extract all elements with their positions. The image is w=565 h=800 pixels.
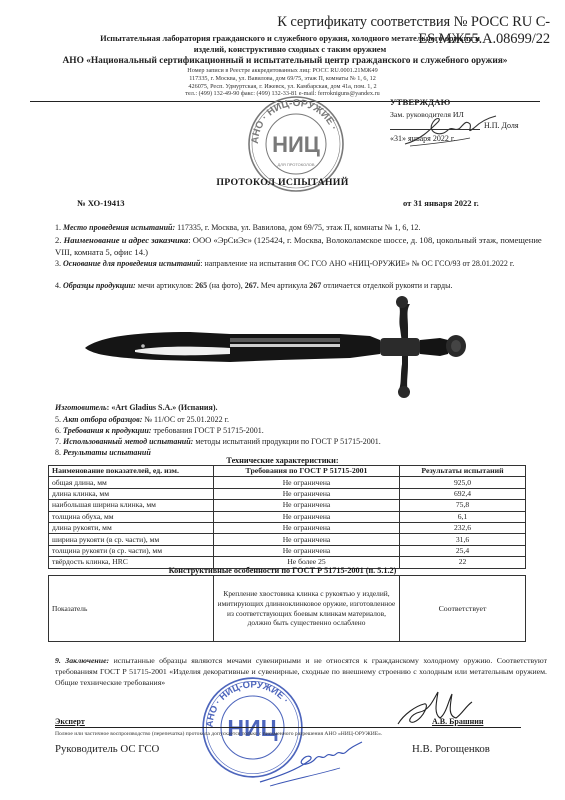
approver-name: Н.П. Доля xyxy=(484,121,519,130)
moscow-address: 117335, г. Москва, ул. Вавилова, дом 69/… xyxy=(100,75,465,83)
item-text: требования ГОСТ Р 51715-2001. xyxy=(151,426,263,435)
approval-position: Зам. руководителя ИЛ xyxy=(390,110,565,119)
table-row: толщина обуха, ммНе ограничена6,1 xyxy=(49,511,526,522)
column-header: Результаты испытаний xyxy=(400,466,526,477)
table-body: общая длина, ммНе ограничена925,0длина к… xyxy=(49,477,526,568)
item-label: Использованный метод испытаний: xyxy=(63,437,193,446)
head-title: Руководитель ОС ГСО xyxy=(55,743,159,755)
requirement-cell: Не ограничена xyxy=(214,477,400,488)
item-label: Изготовитель xyxy=(55,403,107,412)
protocol-number: № ХО-19413 xyxy=(77,198,125,208)
indicator-cell: толщина обуха, мм xyxy=(49,511,214,522)
registry-number: Номер записи в Реестре аккредитованных л… xyxy=(100,67,465,75)
result-cell: 6,1 xyxy=(400,511,526,522)
table-row: Показатель Крепление хвостовика клинка с… xyxy=(49,576,526,642)
tech-characteristics-table: Наименование показателей, ед. изм. Требо… xyxy=(48,465,526,569)
izhevsk-address: 426075, Респ. Удмуртская, г. Ижевск, ул.… xyxy=(100,83,465,91)
reproduction-notice: Полное или частичное воспроизводство (пе… xyxy=(55,731,545,737)
item-label: Место проведения испытаний: xyxy=(63,223,175,232)
result-cell: 31,6 xyxy=(400,534,526,545)
lab-name-line1: Испытательная лаборатория гражданского и… xyxy=(40,33,540,44)
item-label: Основание для проведения испытаний xyxy=(63,259,200,268)
table-row: толщина рукояти (в ср. части), ммНе огра… xyxy=(49,545,526,556)
signature-line xyxy=(390,129,480,130)
stamp-inner-text: ДЛЯ ПРОТОКОЛОВ xyxy=(277,162,314,167)
indicator-cell: наибольшая ширина клинка, мм xyxy=(49,500,214,511)
organization-name: АНО «Национальный сертификационный и исп… xyxy=(20,56,550,66)
table-row: длина клинка, ммНе ограничена692,4 xyxy=(49,488,526,499)
table-header-row: Наименование показателей, ед. изм. Требо… xyxy=(49,466,526,477)
lab-name: Испытательная лаборатория гражданского и… xyxy=(40,33,540,55)
requirement-cell: Не ограничена xyxy=(214,545,400,556)
item-test-method: 7. Использованный метод испытаний: метод… xyxy=(55,436,550,448)
result-cell: 25,4 xyxy=(400,545,526,556)
result-cell: 232,6 xyxy=(400,522,526,533)
result-cell: Соответствует xyxy=(400,576,526,642)
protocol-date: от 31 января 2022 г. xyxy=(403,198,479,208)
item-manufacturer: Изготовитель: «Art Gladius S.A.» (Испани… xyxy=(55,402,550,414)
indicator-cell: длина рукояти, мм xyxy=(49,522,214,533)
item-text: 117335, г. Москва, ул. Вавилова, дом 69/… xyxy=(175,223,420,232)
requirement-cell: Не ограничена xyxy=(214,534,400,545)
item-text: № 11/ОС от 25.01.2022 г. xyxy=(142,415,229,424)
protocol-title: ПРОТОКОЛ ИСПЫТАНИЙ xyxy=(0,177,565,188)
table-row: длина рукояти, ммНе ограничена232,6 xyxy=(49,522,526,533)
item-text: методы испытаний продукции по ГОСТ Р 517… xyxy=(193,437,380,446)
item-label: Наименование и адрес заказчика xyxy=(64,235,189,245)
expert-signature-line xyxy=(55,727,521,728)
item-label: Акт отбора образцов: xyxy=(63,415,142,424)
item-customer: 2. Наименование и адрес заказчика: ООО «… xyxy=(55,234,550,258)
result-cell: 75,8 xyxy=(400,500,526,511)
result-cell: 692,4 xyxy=(400,488,526,499)
item-requirements: 6. Требования к продукции: требования ГО… xyxy=(55,425,550,437)
item-test-location: 1. Место проведения испытаний: 117335, г… xyxy=(55,222,550,234)
indicator-cell: длина клинка, мм xyxy=(49,488,214,499)
design-table-caption: Конструктивные особенности по ГОСТ Р 517… xyxy=(0,566,565,575)
item-text: : «Art Gladius S.A.» (Испания). xyxy=(107,403,218,412)
expert-label: Эксперт xyxy=(55,717,85,726)
item-text: : направление на испытания ОС ГСО АНО «Н… xyxy=(200,259,514,268)
design-features-table: Показатель Крепление хвостовика клинка с… xyxy=(48,575,526,642)
item-label: Требования к продукции: xyxy=(63,426,151,435)
item-basis: 3. Основание для проведения испытаний: н… xyxy=(55,258,550,270)
requirement-cell: Не ограничена xyxy=(214,522,400,533)
indicator-cell: ширина рукояти (в ср. части), мм xyxy=(49,534,214,545)
column-header: Наименование показателей, ед. изм. xyxy=(49,466,214,477)
requirement-cell: Не ограничена xyxy=(214,511,400,522)
head-name: Н.В. Рогощенков xyxy=(412,743,490,755)
table-row: ширина рукояти (в ср. части), ммНе огран… xyxy=(49,534,526,545)
stamp-center-text: НИЦ xyxy=(272,132,320,157)
expert-name: А.В. Брашнин xyxy=(432,717,483,726)
requirement-cell: Крепление хвостовика клинка с рукоятью у… xyxy=(214,576,400,642)
approval-title: УТВЕРЖДАЮ xyxy=(390,97,565,107)
table-row: общая длина, ммНе ограничена925,0 xyxy=(49,477,526,488)
approval-block: УТВЕРЖДАЮ Зам. руководителя ИЛ Н.П. Доля… xyxy=(390,97,565,143)
indicator-cell: общая длина, мм xyxy=(49,477,214,488)
lab-name-line2: изделий, конструктивно сходных с таким о… xyxy=(40,44,540,55)
approval-date: «31» января 2022 г. xyxy=(390,134,565,143)
requirement-cell: Не ограничена xyxy=(214,488,400,499)
requirement-cell: Не ограничена xyxy=(214,500,400,511)
item-sampling-act: 5. Акт отбора образцов: № 11/ОС от 25.01… xyxy=(55,414,550,426)
indicator-cell: толщина рукояти (в ср. части), мм xyxy=(49,545,214,556)
sword-photo xyxy=(80,288,475,398)
conclusion-label: 9. Заключение: xyxy=(55,656,109,665)
table-row: наибольшая ширина клинка, ммНе ограничен… xyxy=(49,500,526,511)
tech-table-caption: Технические характеристики: xyxy=(0,456,565,465)
column-header: Требования по ГОСТ Р 51715-2001 xyxy=(214,466,400,477)
indicator-cell: Показатель xyxy=(49,576,214,642)
result-cell: 925,0 xyxy=(400,477,526,488)
